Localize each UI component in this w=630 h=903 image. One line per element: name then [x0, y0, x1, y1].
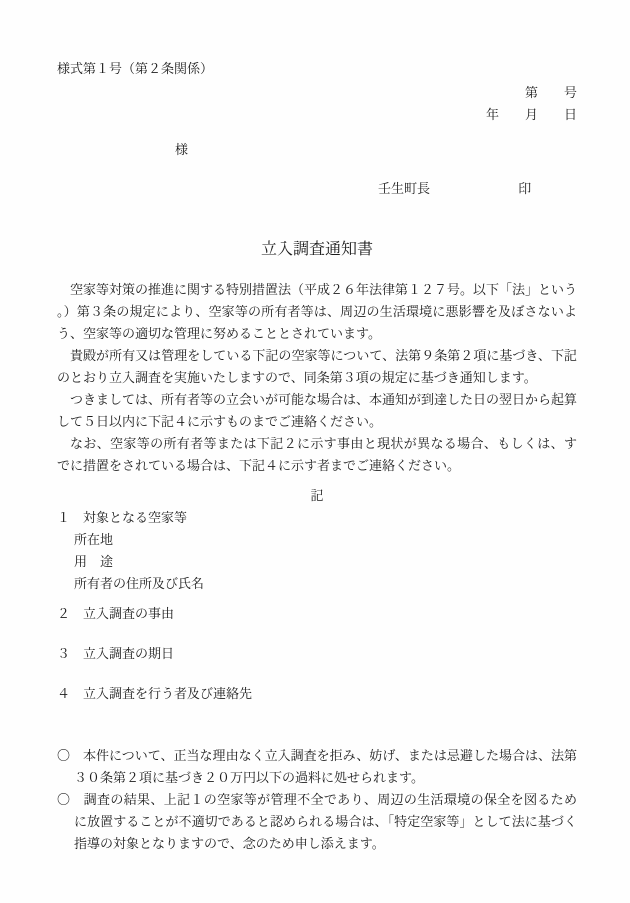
sender-line: 壬生町長 印 — [57, 178, 577, 200]
section-target-vacant-house: １対象となる空家等 所在地 用 途 所有者の住所及び氏名 — [57, 507, 577, 595]
sender-name: 壬生町長 — [378, 178, 430, 200]
note-specified-vacant-house: 〇調査の結果、上記１の空家等が管理不全であり、周辺の生活環境の保全を図るために放… — [57, 789, 577, 855]
section-number: ３ — [57, 643, 83, 665]
section-investigator-contact: ４立入調査を行う者及び連絡先 — [57, 683, 577, 705]
note-text: 本件について、正当な理由なく立入調査を拒み、妨げ、または忌避した場合は、法第３０… — [74, 748, 577, 785]
section-label: 立入調査の事由 — [83, 606, 174, 621]
document-number-line: 第 号 — [57, 82, 577, 104]
paragraph-3: つきましては、所有者等の立会いが可能な場合は、本通知が到達した日の翌日から起算し… — [57, 389, 577, 433]
section-investigation-date: ３立入調査の期日 — [57, 643, 577, 665]
section-label: 対象となる空家等 — [83, 510, 187, 525]
paragraph-4: なお、空家等の所有者等または下記２に示す事由と現状が異なる場合、もしくは、すでに… — [57, 433, 577, 477]
field-owner-address-name: 所有者の住所及び氏名 — [74, 573, 577, 595]
section-title: ３立入調査の期日 — [57, 643, 577, 665]
paragraph-2: 貴殿が所有又は管理をしている下記の空家等について、法第９条第２項に基づき、下記の… — [57, 345, 577, 389]
date-line: 年 月 日 — [57, 104, 577, 126]
section-label: 立入調査を行う者及び連絡先 — [83, 686, 252, 701]
addressee-honorific: 様 — [175, 139, 188, 161]
paragraph-1: 空家等対策の推進に関する特別措置法（平成２６年法律第１２７号。以下「法」という。… — [57, 279, 577, 345]
field-usage: 用 途 — [74, 551, 577, 573]
note-penalty: 〇本件について、正当な理由なく立入調査を拒み、妨げ、または忌避した場合は、法第３… — [57, 745, 577, 789]
body-text: 空家等対策の推進に関する特別措置法（平成２６年法律第１２７号。以下「法」という。… — [57, 279, 577, 477]
record-heading: 記 — [57, 485, 577, 507]
notes-block: 〇本件について、正当な理由なく立入調査を拒み、妨げ、または忌避した場合は、法第３… — [57, 745, 577, 855]
form-number-label: 様式第１号（第２条関係） — [57, 58, 577, 80]
note-text: 調査の結果、上記１の空家等が管理不全であり、周辺の生活環境の保全を図るために放置… — [74, 792, 577, 851]
circle-marker: 〇 — [57, 792, 70, 807]
document-page: 様式第１号（第２条関係） 第 号 年 月 日 様 壬生町長 印 立入調査通知書 … — [0, 0, 630, 903]
section-label: 立入調査の期日 — [83, 646, 174, 661]
section-title: ２立入調査の事由 — [57, 603, 577, 625]
field-location: 所在地 — [74, 529, 577, 551]
document-title: 立入調査通知書 — [57, 238, 577, 262]
section-title: １対象となる空家等 — [57, 507, 577, 529]
section-number: ２ — [57, 603, 83, 625]
circle-marker: 〇 — [57, 748, 70, 763]
seal-mark: 印 — [518, 178, 531, 200]
section-investigation-reason: ２立入調査の事由 — [57, 603, 577, 625]
addressee-line: 様 — [57, 139, 577, 161]
section-number: １ — [57, 507, 83, 529]
section-title: ４立入調査を行う者及び連絡先 — [57, 683, 577, 705]
section-number: ４ — [57, 683, 83, 705]
